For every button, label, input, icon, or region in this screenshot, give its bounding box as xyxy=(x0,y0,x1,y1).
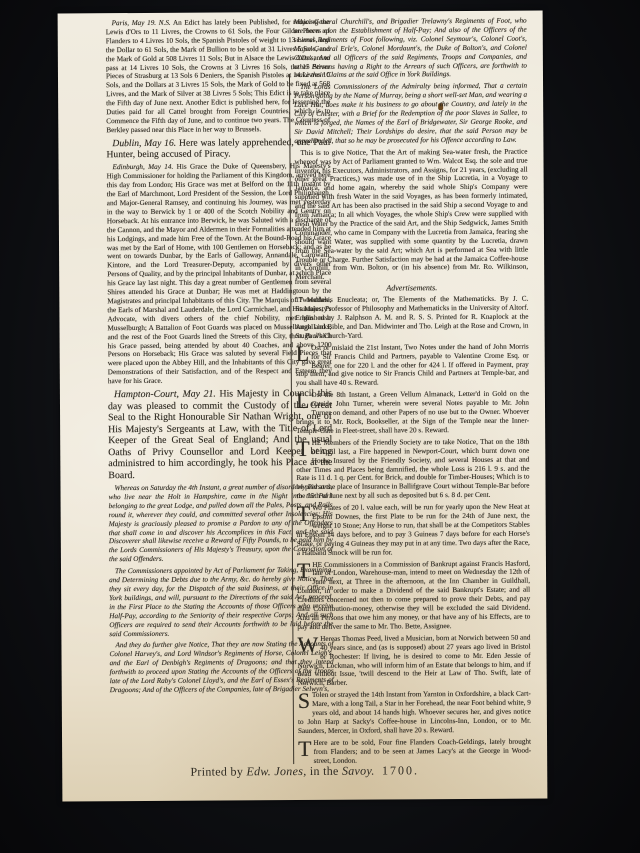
newspaper-page: Paris, May 19. N.S. An Edict has lately … xyxy=(58,11,548,802)
imprint-printer: Edw. Jones, xyxy=(246,764,306,778)
ad-lost-notes-text: Ost or mislaid the 21st Instant, Two Not… xyxy=(296,342,529,387)
ad-thomas-peed: W Hereas Thomas Peed, lived a Musician, … xyxy=(297,633,530,688)
ad-epsom-plates: T Wo Plates of 20 l. value each, will be… xyxy=(297,503,530,558)
dropcap-t: T xyxy=(298,740,312,758)
notice-continuation: Major-General Churchill's, and Brigadier… xyxy=(294,17,527,81)
dateline-paris: Paris, May 19. N.S. xyxy=(112,19,171,27)
notice-admiralty: The Lords Commissioners of the Admiralty… xyxy=(294,82,527,146)
ad-stolen-mare: S Tolen or strayed the 14th Instant from… xyxy=(298,690,531,736)
dateline-edinburgh: Edinburgh, May 14. xyxy=(113,163,174,171)
imprint-printed-by: Printed by xyxy=(190,764,243,778)
right-column: Major-General Churchill's, and Brigadier… xyxy=(294,17,532,769)
ad-horses: T Here are to be sold, Four fine Flander… xyxy=(298,737,531,765)
ad-stolen-mare-text: Tolen or strayed the 14th Instant from Y… xyxy=(298,690,531,735)
dateline-dublin: Dublin, May 16. xyxy=(112,138,176,149)
ad-bankrupt-text: HE Commissioners in a Commission of Bank… xyxy=(297,559,530,631)
dateline-hampton-court: Hampton-Court, May 21. xyxy=(114,389,216,401)
ad-lost-almanack-text: Ost the 8th Instant, a Green Vellum Alma… xyxy=(296,390,529,435)
imprint-line: Printed by Edw. Jones, in the Savoy. 170… xyxy=(62,763,547,781)
dropcap-t: T xyxy=(297,562,311,580)
dropcap-t: T xyxy=(296,440,310,458)
ad-mathesis: 17 Mathesis Enucleata; or, The Elements … xyxy=(295,295,528,341)
ad-friendly-society-text: HE Members of the Friendly Society are t… xyxy=(296,437,529,500)
ad-friendly-society: T HE Members of the Friendly Society are… xyxy=(296,437,529,501)
imprint-place: Savoy. xyxy=(342,764,375,778)
dropcap-s: S xyxy=(298,692,310,710)
ad-lost-notes: L Ost or mislaid the 21st Instant, Two N… xyxy=(296,342,529,388)
dropcap-w: W xyxy=(297,636,318,654)
ad-bankrupt: T HE Commissioners in a Commission of Ba… xyxy=(297,559,530,632)
imprint-year: 1700. xyxy=(382,763,419,777)
ad-mathesis-text: Mathesis Enucleata; or, The Elements of … xyxy=(295,295,528,340)
dropcap-t: T xyxy=(297,505,311,523)
ad-thomas-peed-text: Hereas Thomas Peed, lived a Musician, bo… xyxy=(298,633,531,687)
ad-epsom-plates-text: Wo Plates of 20 l. value each, will be r… xyxy=(297,503,530,557)
ad-mathesis-prefix: 17 xyxy=(295,296,302,304)
notice-seawater: This is to give Notice, That the Art of … xyxy=(294,147,528,282)
dropcap-l: L xyxy=(296,345,310,363)
advertisements-heading: Advertisements. xyxy=(295,284,528,294)
imprint-location: in the xyxy=(310,764,339,778)
dropcap-l: L xyxy=(296,392,310,410)
ad-horses-text: Here are to be sold, Four fine Flanders … xyxy=(313,737,531,764)
ad-lost-almanack: L Ost the 8th Instant, a Green Vellum Al… xyxy=(296,390,529,436)
